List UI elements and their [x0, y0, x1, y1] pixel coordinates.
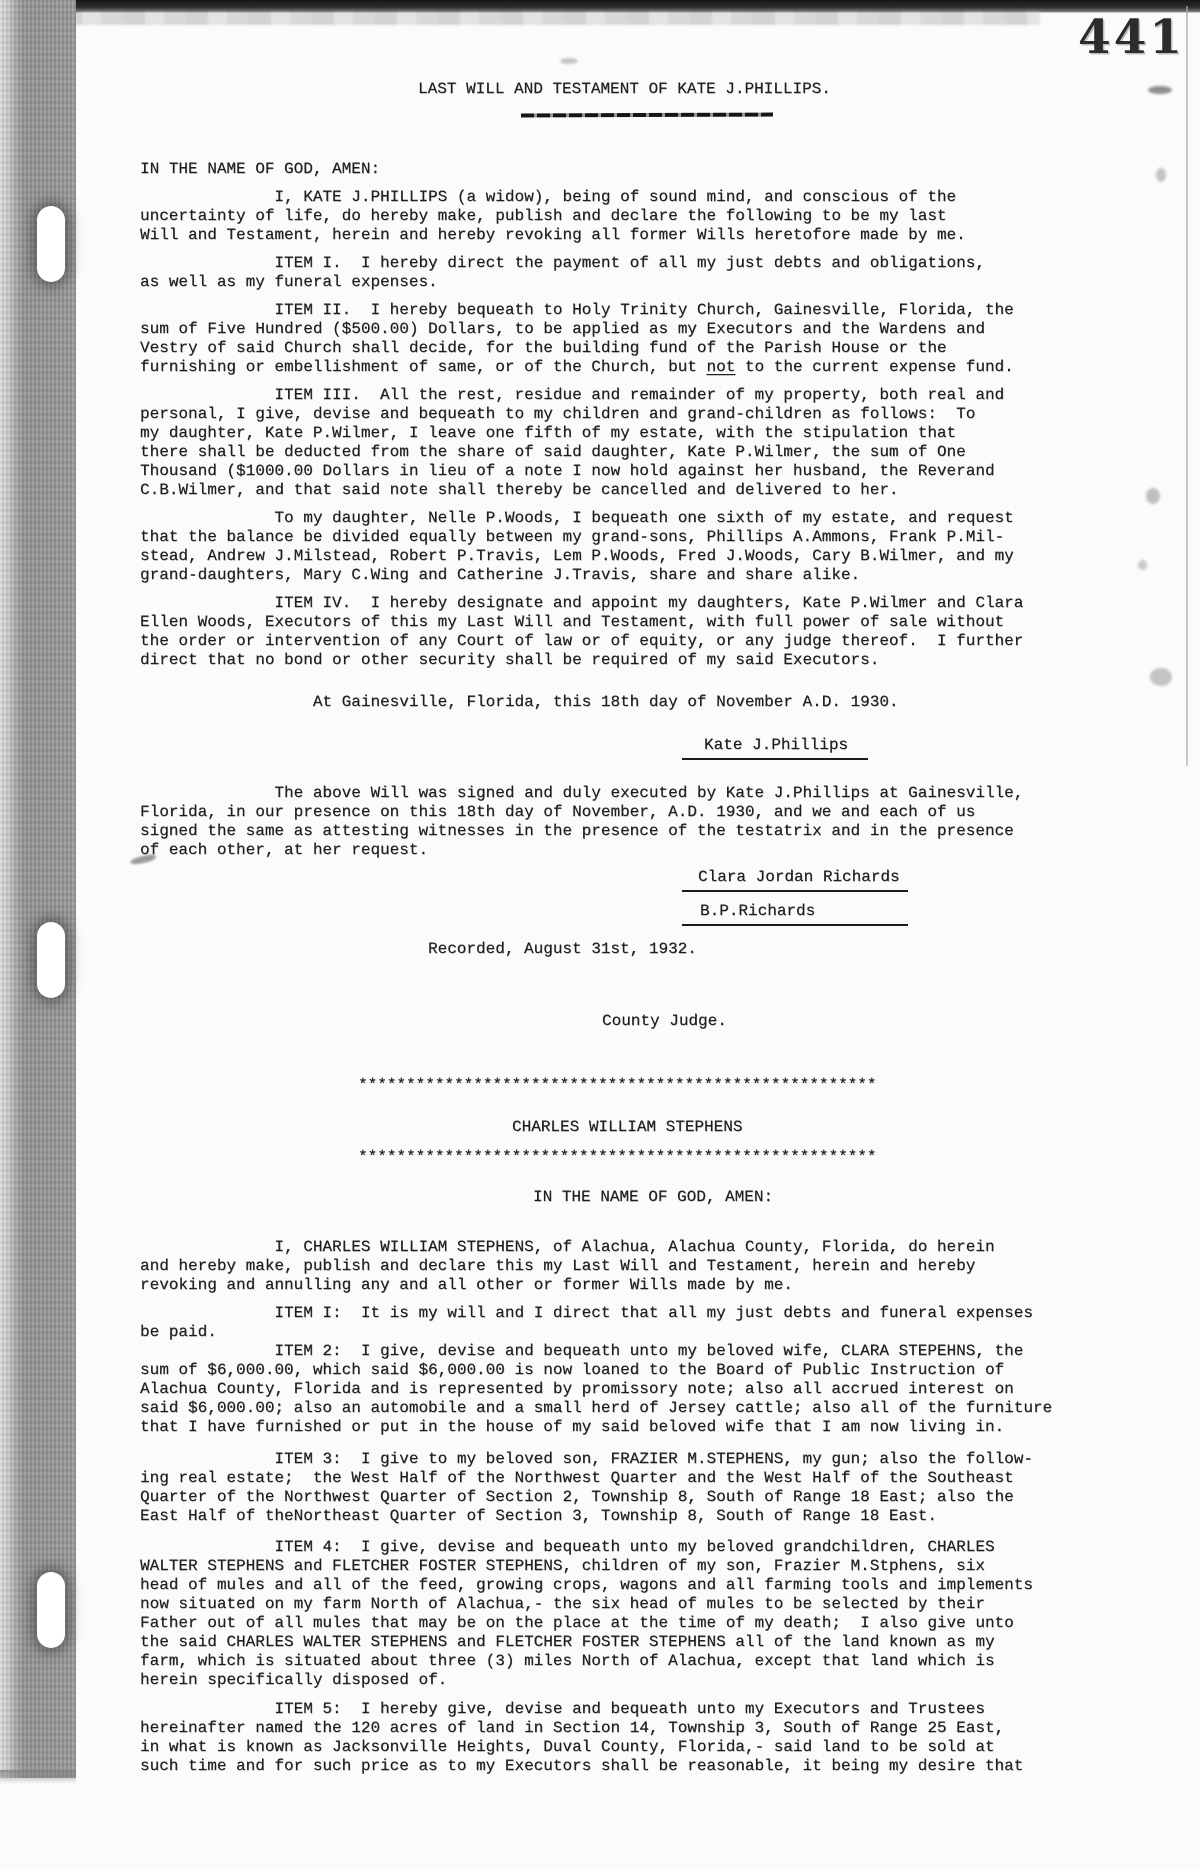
item-4-phillips: ITEM IV. I hereby designate and appoint …: [140, 594, 1023, 670]
nelle-bequest-paragraph: To my daughter, Nelle P.Woods, I bequeat…: [140, 509, 1014, 585]
recorded-line: Recorded, August 31st, 1932.: [428, 940, 697, 959]
item-1-stephens: ITEM I: It is my will and I direct that …: [140, 1304, 1033, 1342]
binder-hole: [37, 206, 65, 282]
separator-stars-top: ****************************************…: [358, 1076, 876, 1095]
binder-hole: [37, 922, 65, 998]
scan-smudge: [1150, 668, 1172, 686]
page-edge-line: [1186, 6, 1188, 766]
invocation-phillips: IN THE NAME OF GOD, AMEN:: [140, 160, 380, 179]
separator-stars-bottom: ****************************************…: [358, 1148, 876, 1167]
scan-smudge: [1138, 560, 1147, 570]
scan-top-shadow: [60, 11, 1040, 25]
item-3-phillips: ITEM III. All the rest, residue and rema…: [140, 386, 1004, 500]
document-title: LAST WILL AND TESTAMENT OF KATE J.PHILLI…: [418, 80, 831, 99]
invocation-stephens: IN THE NAME OF GOD, AMEN:: [533, 1188, 773, 1207]
item-2-phillips: ITEM II. I hereby bequeath to Holy Trini…: [140, 301, 1014, 377]
scanned-will-page: 441 LAST WILL AND TESTAMENT OF KATE J.PH…: [0, 0, 1200, 1870]
scan-smudge: [1148, 86, 1172, 94]
scan-smudge: [1146, 488, 1160, 504]
county-judge-line: County Judge.: [602, 1012, 727, 1031]
scan-smudge: [560, 58, 578, 64]
item-2-text-end: to the current expense fund.: [735, 358, 1013, 376]
separator-name: CHARLES WILLIAM STEPHENS: [512, 1118, 742, 1137]
opening-paragraph-stephens: I, CHARLES WILLIAM STEPHENS, of Alachua,…: [140, 1238, 995, 1295]
item-2-underlined-word: not: [707, 358, 736, 376]
item-5-stephens: ITEM 5: I hereby give, devise and bequea…: [140, 1700, 1023, 1776]
binder-strip-end: [0, 1770, 76, 1784]
attestation-paragraph: The above Will was signed and duly execu…: [140, 784, 1023, 860]
opening-paragraph-phillips: I, KATE J.PHILLIPS (a widow), being of s…: [140, 188, 966, 245]
item-4-stephens: ITEM 4: I give, devise and bequeath unto…: [140, 1538, 1033, 1690]
page-number-stamp: 441: [1078, 10, 1185, 65]
item-3-stephens: ITEM 3: I give to my beloved son, FRAZIE…: [140, 1450, 1033, 1526]
testator-signature: Kate J.Phillips: [682, 736, 868, 760]
scan-smudge: [1156, 168, 1166, 182]
title-underline: [521, 113, 773, 118]
execution-line: At Gainesville, Florida, this 18th day o…: [140, 693, 899, 712]
item-1-phillips: ITEM I. I hereby direct the payment of a…: [140, 254, 985, 292]
item-2-stephens: ITEM 2: I give, devise and bequeath unto…: [140, 1342, 1052, 1437]
witness2-signature: B.P.Richards: [682, 902, 908, 926]
binder-hole: [37, 1572, 65, 1648]
witness1-signature: Clara Jordan Richards: [682, 868, 908, 892]
